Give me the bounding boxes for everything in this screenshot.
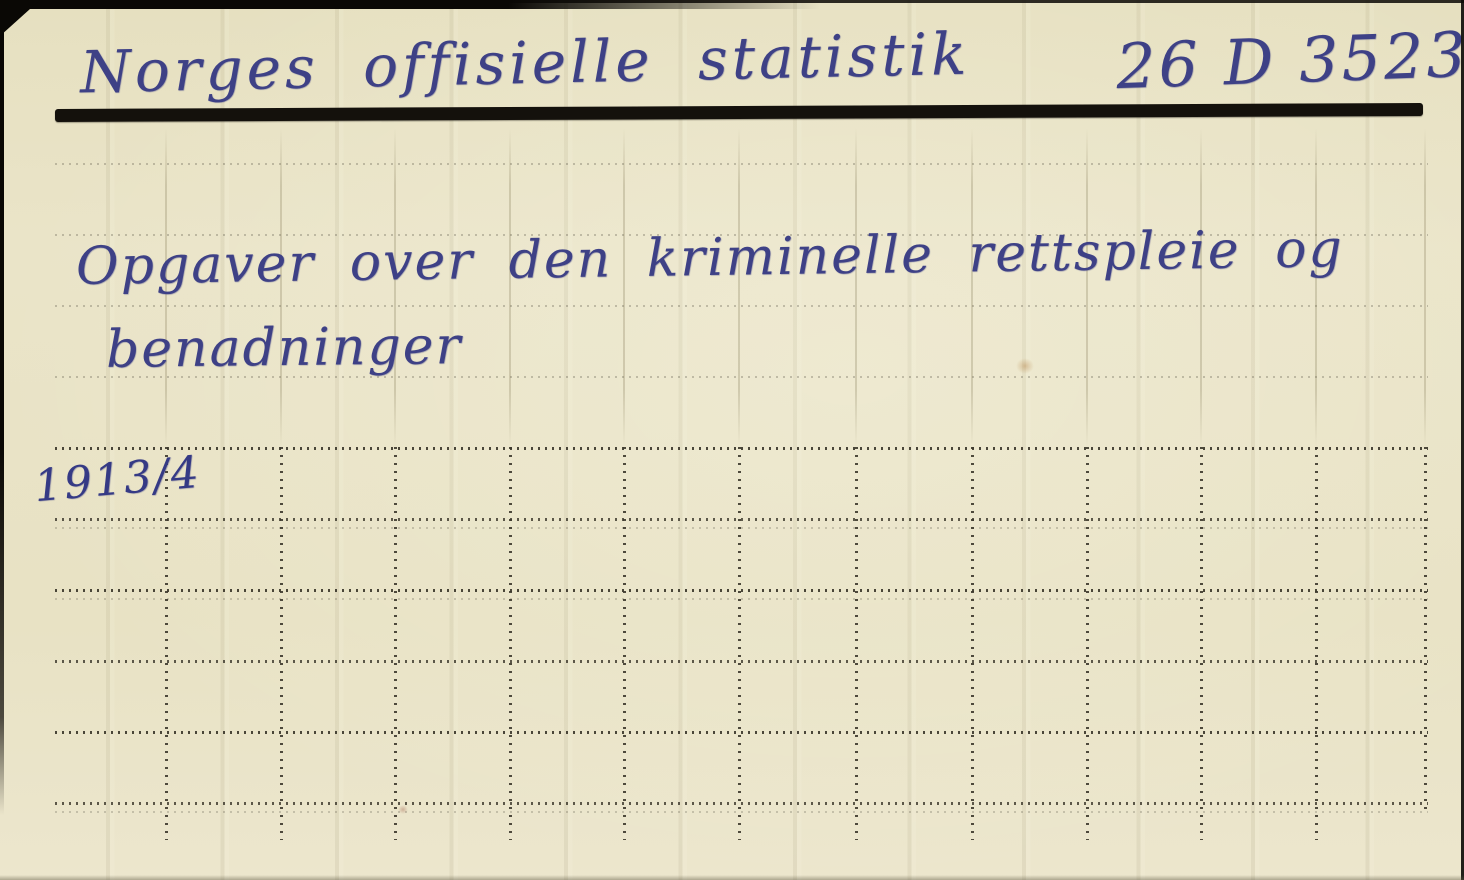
scan-edge-bottom [0, 875, 1464, 880]
grid-line [1086, 128, 1088, 447]
grid-line [738, 447, 741, 840]
grid-line [1200, 128, 1202, 447]
scan-edge-top-shadow [0, 0, 820, 9]
paper-stain [1016, 358, 1034, 374]
scanned-index-card: Norges offisielle statistik 26 D 3523 Op… [0, 0, 1464, 880]
grid-line [971, 447, 974, 840]
grid-line [1315, 128, 1317, 447]
grid-line [165, 447, 168, 840]
grid-line [280, 447, 283, 840]
grid-line [1086, 447, 1089, 840]
grid-line [55, 518, 1428, 521]
grid-line [55, 598, 1428, 600]
card-title-line1-handwriting: Opgaver over den kriminelle rettspleie o… [76, 223, 1344, 293]
grid-line [1424, 447, 1427, 812]
grid-line [55, 802, 1428, 805]
series-title-handwriting: Norges offisielle statistik [79, 25, 970, 102]
grid-line [55, 811, 1428, 813]
header-rule [55, 103, 1423, 122]
grid-line [509, 447, 512, 840]
grid-line [55, 527, 1428, 529]
grid-line [855, 447, 858, 840]
grid-line [55, 447, 1428, 450]
grid-line [1315, 447, 1318, 840]
year-entry-handwriting: 1913/4 [32, 451, 202, 509]
call-number-handwriting: 26 D 3523 [1115, 24, 1464, 98]
card-title-line2-handwriting: benadninger [106, 320, 463, 376]
grid-line [55, 163, 1428, 165]
grid-line [1200, 447, 1203, 840]
grid-line [971, 128, 973, 447]
scan-edge-left [0, 0, 4, 815]
grid-line [55, 660, 1428, 663]
grid-line [1424, 128, 1426, 447]
grid-line [394, 447, 397, 840]
grid-line [55, 731, 1428, 734]
scan-corner-cut [0, 0, 40, 36]
grid-line [55, 589, 1428, 592]
paper-stain [398, 805, 408, 814]
grid-line [855, 128, 857, 447]
grid-line [55, 305, 1428, 307]
grid-line [623, 447, 626, 840]
index-card-paper: Norges offisielle statistik 26 D 3523 Op… [0, 0, 1464, 880]
